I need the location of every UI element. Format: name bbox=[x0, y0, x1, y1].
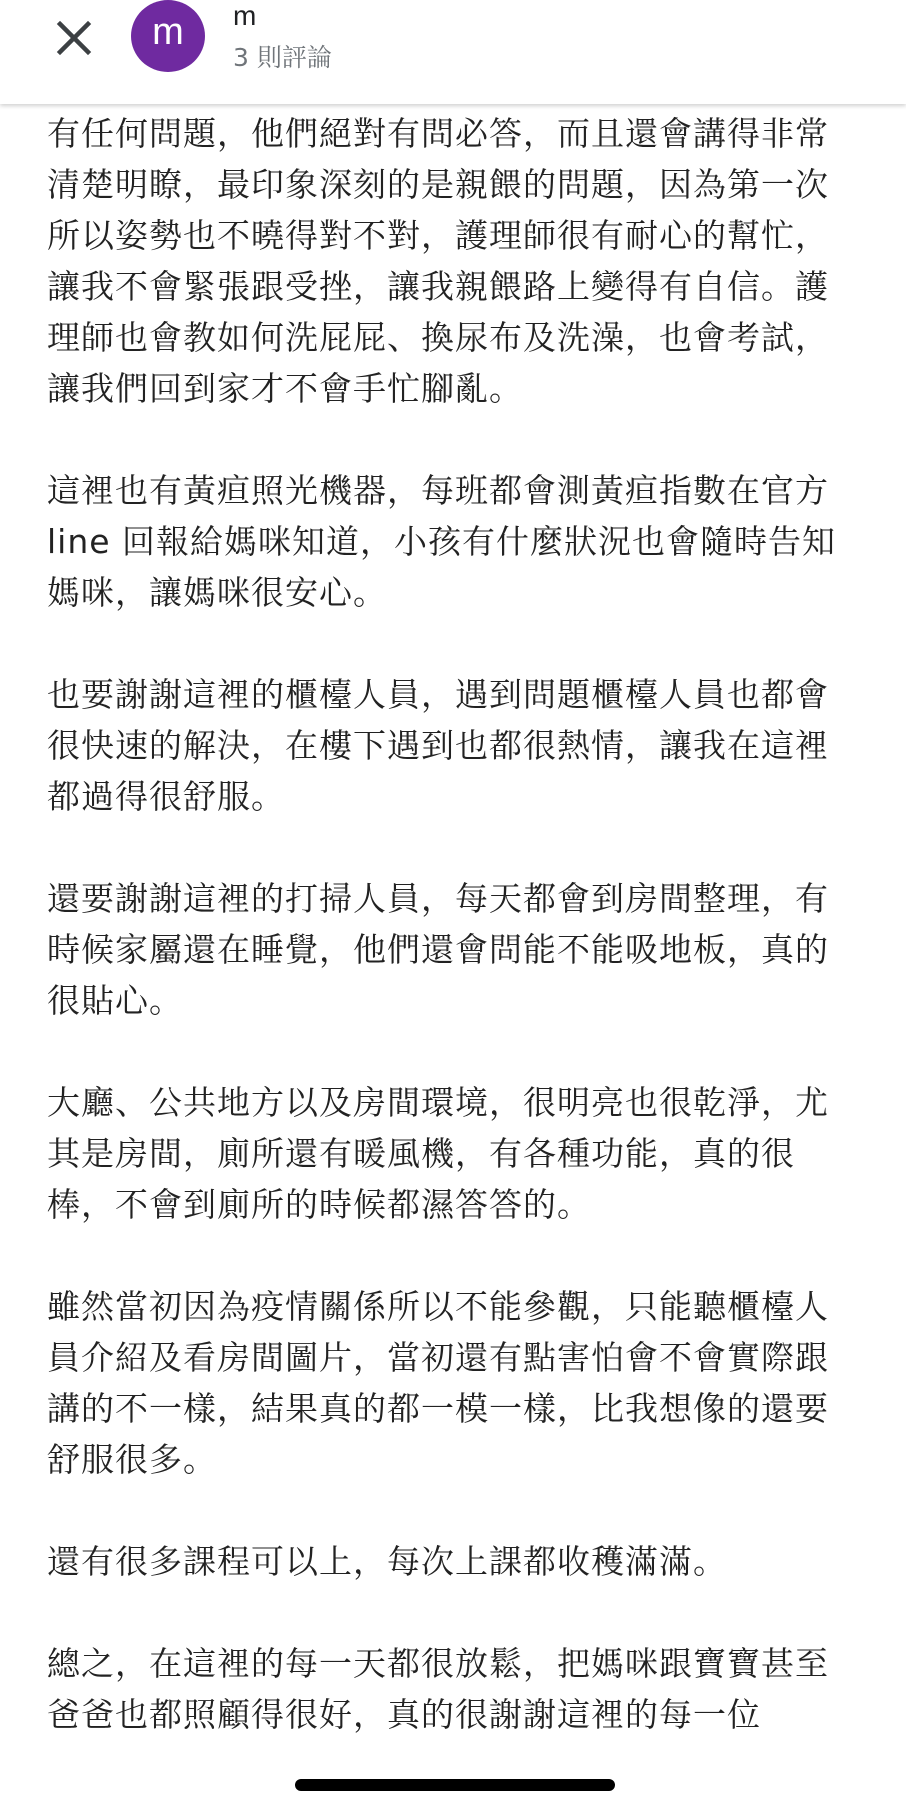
home-indicator[interactable] bbox=[295, 1779, 615, 1791]
review-paragraph: 總之，在這裡的每一天都很放鬆，把媽咪跟寶寶甚至爸爸也都照顧得很好，真的很謝謝這裡… bbox=[47, 1638, 847, 1740]
close-icon bbox=[50, 14, 98, 62]
review-paragraph: 還要謝謝這裡的打掃人員，每天都會到房間整理，有時候家屬還在睡覺，他們還會問能不能… bbox=[47, 873, 847, 1026]
close-button[interactable] bbox=[50, 14, 98, 62]
review-paragraph: 大廳、公共地方以及房間環境，很明亮也很乾淨，尤其是房間，廁所還有暖風機，有各種功… bbox=[47, 1077, 847, 1230]
review-count: 3 則評論 bbox=[233, 38, 332, 74]
review-body: 有任何問題，他們絕對有問必答，而且還會講得非常清楚明瞭，最印象深刻的是親餵的問題… bbox=[47, 108, 847, 1791]
avatar[interactable]: m bbox=[131, 0, 205, 72]
review-paragraph: 也要謝謝這裡的櫃檯人員，遇到問題櫃檯人員也都會很快速的解決，在樓下遇到也都很熱情… bbox=[47, 669, 847, 822]
review-paragraph: 這裡也有黃疸照光機器，每班都會測黃疸指數在官方 line 回報給媽咪知道，小孩有… bbox=[47, 465, 847, 618]
review-header: m m 3 則評論 bbox=[0, 0, 906, 104]
review-paragraph: 雖然當初因為疫情關係所以不能參觀，只能聽櫃檯人員介紹及看房間圖片，當初還有點害怕… bbox=[47, 1281, 847, 1485]
review-paragraph: 還有很多課程可以上，每次上課都收穫滿滿。 bbox=[47, 1536, 847, 1587]
review-paragraph: 有任何問題，他們絕對有問必答，而且還會講得非常清楚明瞭，最印象深刻的是親餵的問題… bbox=[47, 108, 847, 414]
reviewer-name[interactable]: m bbox=[233, 0, 256, 32]
